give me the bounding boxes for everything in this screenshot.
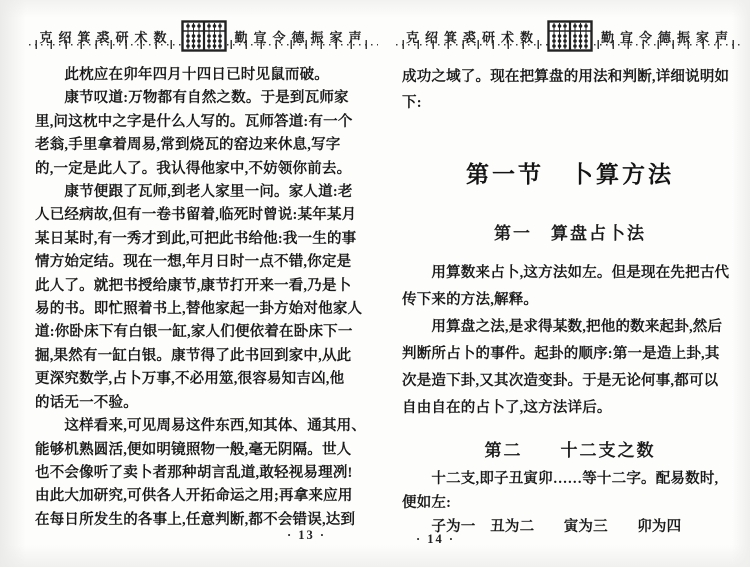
text-line: 用算数来占卜,这方法如左。但是现在先把古代: [402, 260, 738, 287]
page-number-right: · 14 ·: [416, 532, 455, 547]
text-line: 用算盘之法,是求得某数,把他的数来起卦,然后: [402, 314, 738, 341]
text-line: 判断所占卜的事件。起卦的顺序:第一是造上卦,其: [402, 341, 738, 368]
text-line: 的,一定是此人了。我认得他家中,不妨领你前去。: [35, 158, 372, 181]
header-motto-right: 勤宣令德振家声: [235, 27, 368, 46]
header-motto-left: 克绍箕裘研术数: [39, 27, 172, 46]
text-line: 道:你卧床下有白银一缸,家人们便依着在卧床下一: [35, 321, 372, 344]
left-page: 克绍箕裘研术数: [35, 20, 372, 532]
abacus-icon: [181, 20, 227, 52]
right-page-intro-text: 成功之域了。现在把算盘的用法和判断,详细说明如下:: [402, 64, 738, 116]
text-line: 此枕应在卯年四月十四日已时见鼠而破。: [35, 64, 372, 87]
right-page: 克绍箕裘研术数: [402, 20, 738, 539]
text-line: 十二支,即子丑寅卯……等十二字。配易数时,: [402, 467, 738, 491]
left-page-running-head: 克绍箕裘研术数: [35, 20, 372, 52]
text-line: 某日某时,有一秀才到此,可把此书给他:我一生的事: [35, 228, 372, 251]
header-motto-right: 勤宣令德振家声: [601, 27, 734, 46]
abacus-icon: [547, 20, 593, 52]
text-line: 情方始定结。现在一想,年月日时一点不错,你定是: [35, 251, 372, 274]
subsection-heading-2: 第二 十二支之数: [402, 436, 738, 461]
text-line: 更深究数学,占卜万事,不必用筮,很容易知吉凶,他: [35, 368, 372, 391]
book-spread: 克绍箕裘研术数: [0, 0, 750, 567]
text-line: 康节叹道:万物都有自然之数。于是到瓦师家: [35, 87, 372, 110]
right-page-running-head: 克绍箕裘研术数: [402, 20, 738, 52]
text-line: 人已经病故,但有一卷书留着,临死时曾说:某年某月: [35, 204, 372, 227]
subsection-2-text: 十二支,即子丑寅卯……等十二字。配易数时,便如左: 子为一 丑为二 寅为三 卯为…: [402, 467, 738, 539]
text-line: 自由自在的占卜了,这方法详后。: [402, 395, 738, 422]
text-line: 康节便跟了瓦师,到老人家里一问。家人道:老: [35, 181, 372, 204]
text-line: 易的书。即忙照着书上,替他家起一卦方始对他家人: [35, 298, 372, 321]
text-line: 成功之域了。现在把算盘的用法和判断,详细说明如: [402, 64, 738, 90]
text-line: 能够机熟圆活,便如明镜照物一般,毫无阴隔。世人: [35, 439, 372, 462]
text-line: 次是造下卦,又其次造变卦。于是无论何事,都可以: [402, 368, 738, 395]
text-line: 的话无一不验。: [35, 392, 372, 415]
header-motto-left: 克绍箕裘研术数: [406, 27, 539, 46]
text-line: 下:: [402, 90, 738, 116]
text-line: 传下来的方法,解释。: [402, 287, 738, 314]
text-line: 便如左:: [402, 491, 738, 515]
text-line: 也不会像听了卖卜者那种胡言乱道,敢轻视易理冽!: [35, 462, 372, 485]
text-line: 由此大加研究,可供各人开拓命运之用;再拿来应用: [35, 485, 372, 508]
text-line: 此人了。就把书授给康节,康节打开来一看,乃是卜: [35, 275, 372, 298]
subsection-heading-1: 第一 算盘占卜法: [402, 219, 738, 244]
section-heading: 第一节 卜算方法: [402, 156, 738, 189]
text-line: 里,问这枕中之字是什么人写的。瓦师答道:有一个: [35, 111, 372, 134]
text-line: 掘,果然有一缸白银。康节得了此书回到家中,从此: [35, 345, 372, 368]
page-number-left: · 13 ·: [287, 528, 326, 543]
text-line: 这样看来,可见周易这件东西,知其体、通其用、: [35, 415, 372, 438]
text-line: 老翁,手里拿着周易,常到烧瓦的窑边来休息,写字: [35, 134, 372, 157]
left-page-text-block: 此枕应在卯年四月十四日已时见鼠而破。 康节叹道:万物都有自然之数。于是到瓦师家里…: [35, 64, 372, 532]
subsection-1-text: 用算数来占卜,这方法如左。但是现在先把古代传下来的方法,解释。 用算盘之法,是求…: [402, 260, 738, 422]
